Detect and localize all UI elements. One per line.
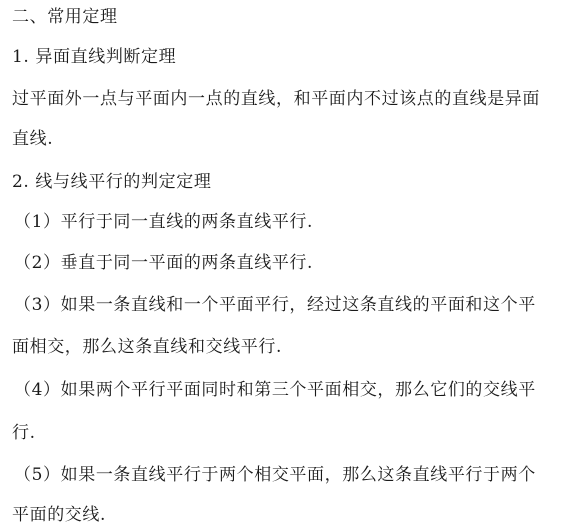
theorem-2-item-2: （2）垂直于同一平面的两条直线平行. <box>14 252 313 274</box>
theorem-2-item-4-line-1: （4）如果两个平行平面同时和第三个平面相交，那么它们的交线平 <box>14 379 536 401</box>
section-heading: 二、常用定理 <box>12 6 118 28</box>
theorem-2-item-4-line-2: 行. <box>12 422 36 444</box>
theorem-2-item-5-line-1: （5）如果一条直线平行于两个相交平面，那么这条直线平行于两个 <box>14 464 536 486</box>
document-page: 二、常用定理 1. 异面直线判断定理 过平面外一点与平面内一点的直线，和平面内不… <box>0 0 576 528</box>
theorem-2-item-3-line-1: （3）如果一条直线和一个平面平行，经过这条直线的平面和这个平 <box>14 294 536 316</box>
theorem-2-item-3-line-2: 面相交，那么这条直线和交线平行. <box>12 336 282 358</box>
theorem-1-title: 1. 异面直线判断定理 <box>12 46 176 68</box>
theorem-1-body-line-2: 直线. <box>12 128 53 150</box>
theorem-2-title: 2. 线与线平行的判定定理 <box>12 171 211 193</box>
theorem-2-item-5-line-2: 平面的交线. <box>12 504 106 526</box>
theorem-1-body-line-1: 过平面外一点与平面内一点的直线，和平面内不过该点的直线是异面 <box>12 88 540 110</box>
theorem-2-item-1: （1）平行于同一直线的两条直线平行. <box>14 211 313 233</box>
